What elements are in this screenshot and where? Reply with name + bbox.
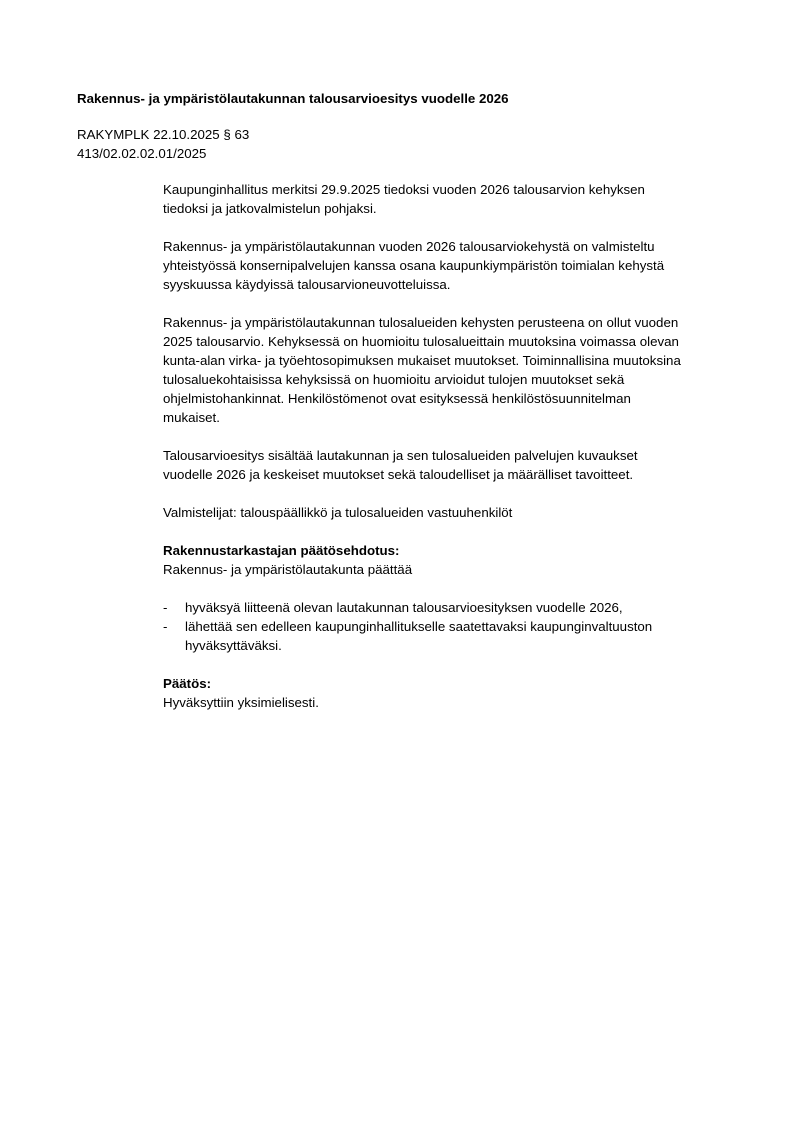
document-title: Rakennus- ja ympäristölautakunnan talous… [77,89,509,108]
proposal-section: Rakennustarkastajan päätösehdotus: Raken… [163,541,743,655]
list-item: - lähettää sen edelleen kaupunginhallitu… [163,617,743,655]
paragraph-background: Kaupunginhallitus merkitsi 29.9.2025 tie… [163,180,743,218]
paragraph-preparers: Valmistelijat: talouspäällikkö ja tulosa… [163,503,743,522]
dash-bullet: - [163,598,167,617]
record-number: 413/02.02.02.01/2025 [77,144,206,163]
proposal-intro: Rakennus- ja ympäristölautakunta päättää [163,560,743,579]
proposal-heading: Rakennustarkastajan päätösehdotus: [163,541,743,560]
document-body: Kaupunginhallitus merkitsi 29.9.2025 tie… [163,180,743,712]
dash-bullet: - [163,617,167,636]
paragraph-contents: Talousarvioesitys sisältää lautakunnan j… [163,446,743,484]
list-item: - hyväksyä liitteenä olevan lautakunnan … [163,598,743,617]
meeting-reference: RAKYMPLK 22.10.2025 § 63 [77,125,249,144]
proposal-list: - hyväksyä liitteenä olevan lautakunnan … [163,598,743,655]
decision-text: Hyväksyttiin yksimielisesti. [163,693,743,712]
decision-section: Päätös: Hyväksyttiin yksimielisesti. [163,674,743,712]
paragraph-preparation: Rakennus- ja ympäristölautakunnan vuoden… [163,237,743,294]
decision-heading: Päätös: [163,674,743,693]
paragraph-framework-basis: Rakennus- ja ympäristölautakunnan tulosa… [163,313,743,427]
